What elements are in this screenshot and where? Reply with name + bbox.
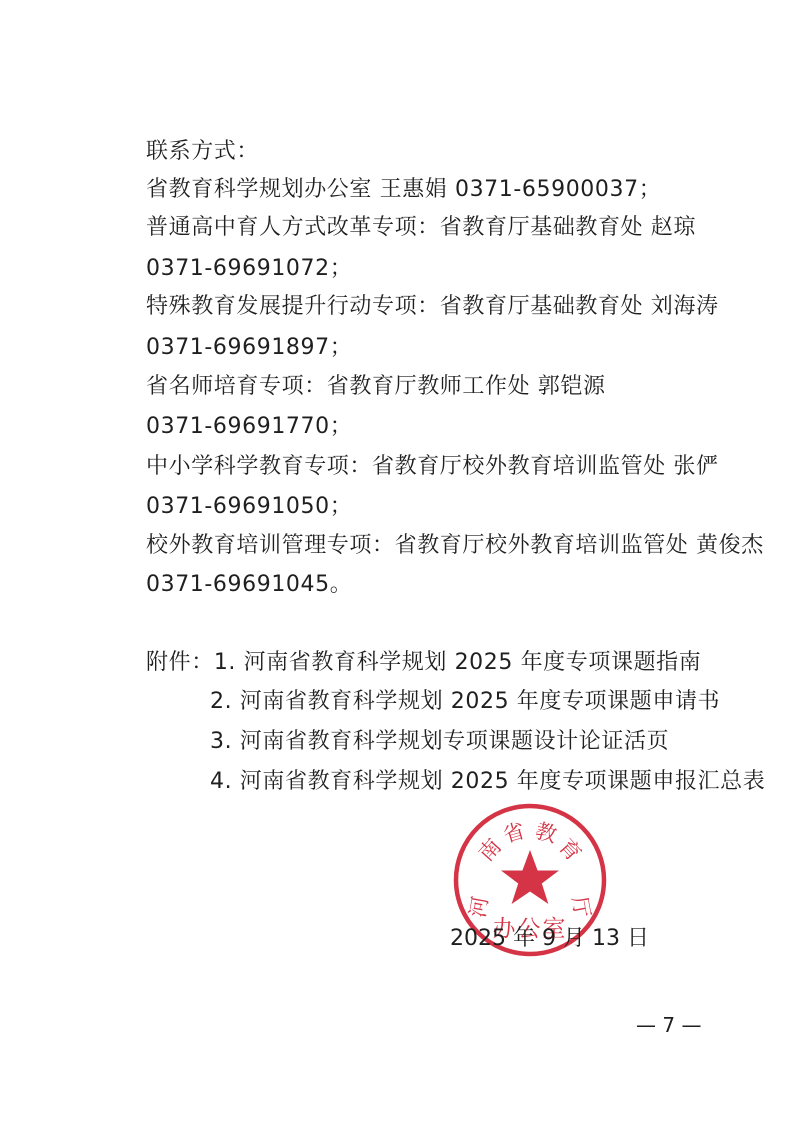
contact-line: 省名师培育专项：省教育厅教师工作处 郭铠源 bbox=[146, 374, 606, 400]
contact-phone: 0371-69691770； bbox=[146, 414, 352, 440]
document-page: 联系方式： 省教育科学规划办公室 王惠娟 0371-65900037； 普通高中… bbox=[0, 0, 800, 1131]
attachment-item: 1. 河南省教育科学规划 2025 年度专项课题指南 bbox=[214, 650, 702, 675]
seal-char: 教 bbox=[533, 819, 560, 848]
contact-phone: 0371-69691897； bbox=[146, 335, 352, 361]
attachment-item: 4. 河南省教育科学规划 2025 年度专项课题申报汇总表 bbox=[210, 769, 765, 795]
seal-char: 省 bbox=[501, 819, 528, 848]
attachments-label: 附件：1. 河南省教育科学规划 2025 年度专项课题指南 bbox=[146, 650, 701, 676]
page-number: — 7 — bbox=[636, 1012, 701, 1038]
seal-char: 厅 bbox=[567, 895, 594, 920]
star-icon bbox=[501, 850, 559, 904]
contact-line: 特殊教育发展提升行动专项：省教育厅基础教育处 刘海涛 bbox=[146, 294, 719, 320]
contact-phone: 0371-69691050； bbox=[146, 494, 352, 520]
contact-line: 省教育科学规划办公室 王惠娟 0371-65900037； bbox=[146, 177, 661, 203]
issue-date: 2025 年 9 月 13 日 bbox=[450, 926, 649, 952]
contact-phone: 0371-69691072； bbox=[146, 256, 352, 282]
contact-line: 中小学科学教育专项：省教育厅校外教育培训监管处 张俨 bbox=[146, 454, 719, 480]
attachment-item: 2. 河南省教育科学规划 2025 年度专项课题申请书 bbox=[210, 689, 720, 715]
seal-char: 南 bbox=[474, 834, 506, 866]
attachments-label-text: 附件： bbox=[146, 650, 214, 675]
contact-phone: 0371-69691045。 bbox=[146, 572, 352, 598]
seal-char: 育 bbox=[554, 834, 586, 866]
attachment-item: 3. 河南省教育科学规划专项课题设计论证活页 bbox=[210, 729, 669, 755]
contact-line: 普通高中育人方式改革专项：省教育厅基础教育处 赵琼 bbox=[146, 215, 696, 241]
seal-char: 河 bbox=[465, 895, 492, 920]
contact-line: 校外教育培训管理专项：省教育厅校外教育培训监管处 黄俊杰 bbox=[146, 533, 764, 559]
contact-heading: 联系方式： bbox=[146, 139, 259, 165]
